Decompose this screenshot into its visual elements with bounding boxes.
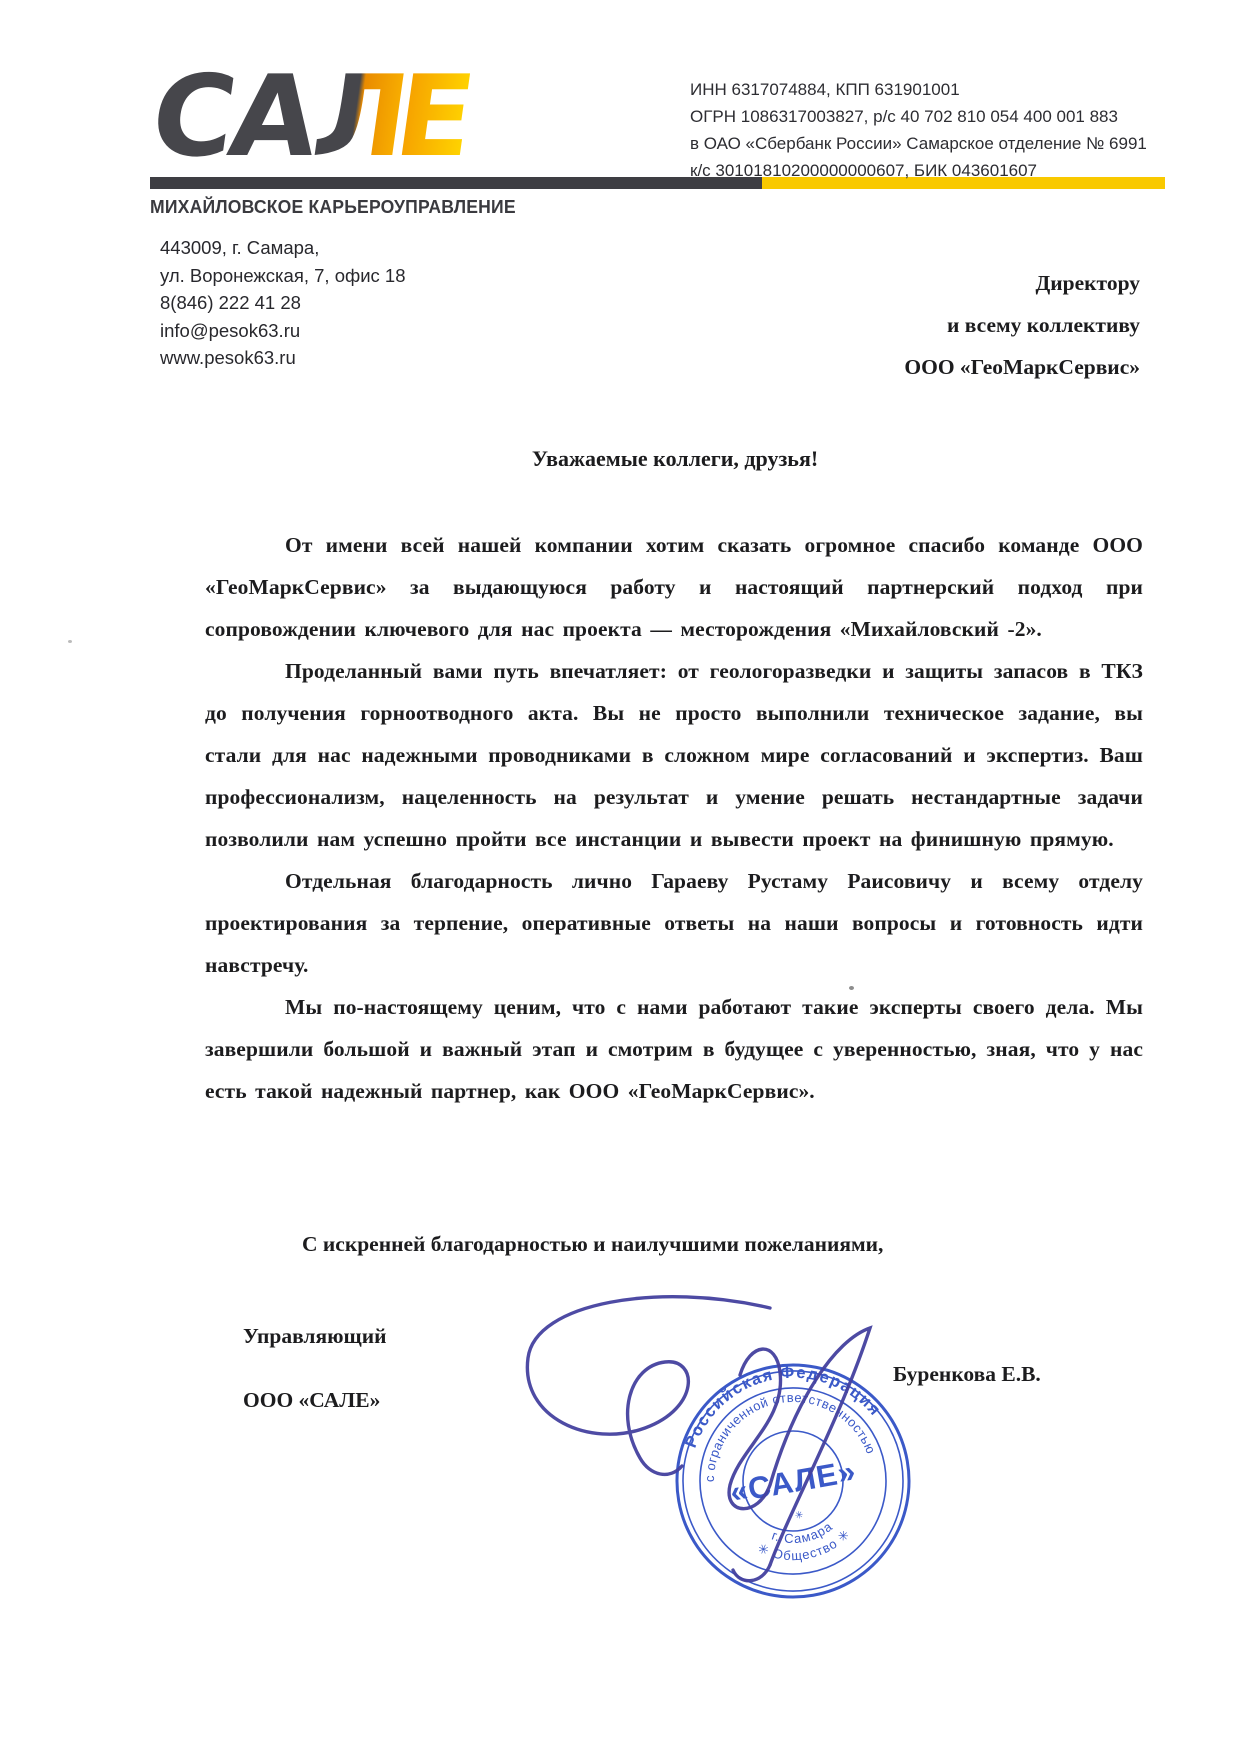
contact-email: info@pesok63.ru	[160, 317, 406, 345]
company-logo: С А Л Е	[148, 52, 493, 177]
addressee-line-2: и всему коллективу	[620, 304, 1140, 346]
salutation: Уважаемые коллеги, друзья!	[205, 446, 1145, 472]
logo-subtitle: МИХАЙЛОВСКОЕ КАРЬЕРОУПРАВЛЕНИЕ	[150, 196, 516, 218]
contact-postal: 443009, г. Самара,	[160, 234, 406, 262]
body-paragraph-2: Проделанный вами путь впечатляет: от гео…	[205, 650, 1143, 860]
signature-stroke-1	[527, 1297, 770, 1475]
body-paragraph-3: Отдельная благодарность лично Гараеву Ру…	[205, 860, 1143, 986]
requisite-corr-bik: к/с 30101810200000000607, БИК 043601607	[690, 157, 1147, 184]
signoff-position-line-2: ООО «САЛЕ»	[243, 1388, 380, 1413]
addressee-line-3: ООО «ГеоМаркСервис»	[620, 346, 1140, 388]
scan-speckle	[849, 986, 854, 990]
scanned-letter-page: С А Л Е МИХАЙЛОВСКОЕ КАРЬЕРОУПРАВЛЕНИЕ И…	[0, 0, 1240, 1754]
contact-street: ул. Воронежская, 7, офис 18	[160, 262, 406, 290]
scan-speckle	[68, 640, 72, 643]
closing-line: С искренней благодарностью и наилучшими …	[205, 1232, 1145, 1257]
addressee-block: Директору и всему коллективу ООО «ГеоМар…	[620, 262, 1140, 388]
letter-body: От имени всей нашей компании хотим сказа…	[205, 524, 1143, 1112]
contact-website: www.pesok63.ru	[160, 344, 406, 372]
requisites-block: ИНН 6317074884, КПП 631901001 ОГРН 10863…	[690, 76, 1147, 184]
signature-stroke-2	[729, 1328, 870, 1565]
body-paragraph-4: Мы по-настоящему ценим, что с нами работ…	[205, 986, 1143, 1112]
addressee-line-1: Директору	[620, 262, 1140, 304]
body-paragraph-1: От имени всей нашей компании хотим сказа…	[205, 524, 1143, 650]
signoff-position-line-1: Управляющий	[243, 1324, 387, 1349]
signature-autograph	[440, 1280, 920, 1590]
contact-phone: 8(846) 222 41 28	[160, 289, 406, 317]
divider-dark-segment	[150, 177, 762, 189]
contacts-block: 443009, г. Самара, ул. Воронежская, 7, о…	[160, 234, 406, 372]
requisite-ogrn-account: ОГРН 1086317003827, р/с 40 702 810 054 4…	[690, 103, 1147, 130]
requisite-bank: в ОАО «Сбербанк России» Самарское отделе…	[690, 130, 1147, 157]
signature-stroke-3	[733, 1565, 770, 1581]
requisite-inn-kpp: ИНН 6317074884, КПП 631901001	[690, 76, 1147, 103]
